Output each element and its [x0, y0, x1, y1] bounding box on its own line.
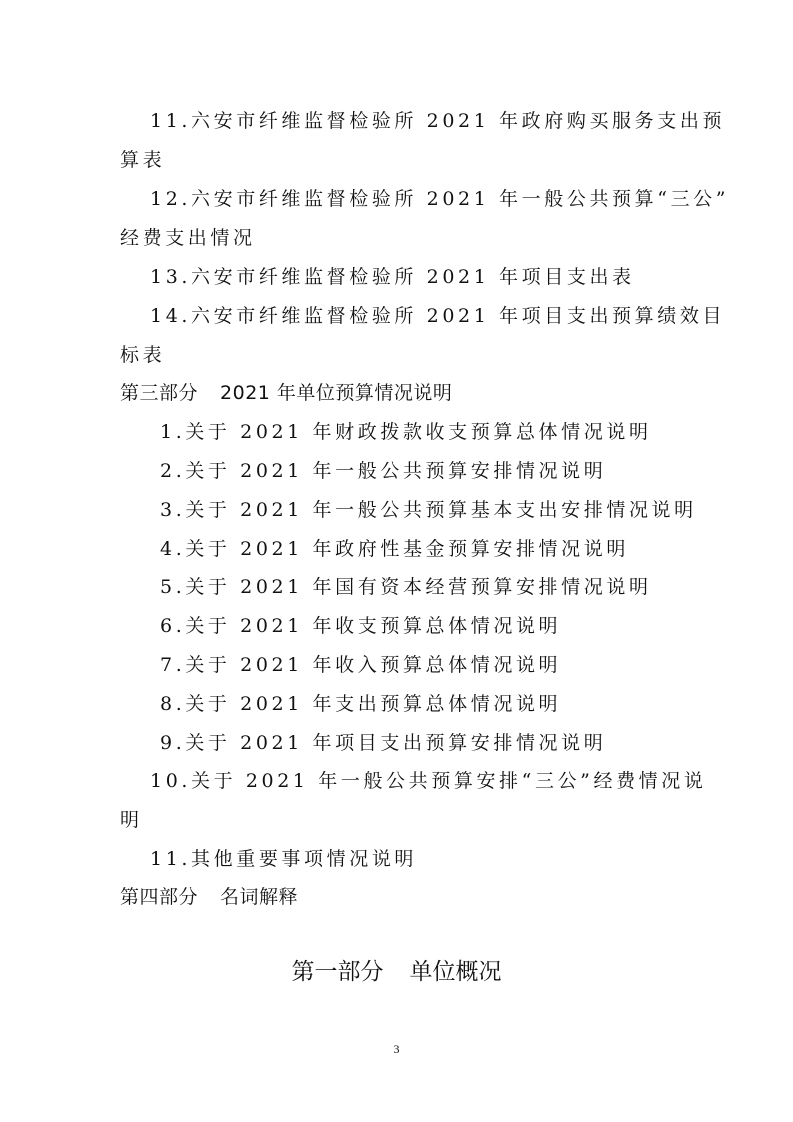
- toc-item-3-3: 3.关于 2021 年一般公共预算基本支出安排情况说明: [160, 498, 715, 522]
- part3-heading: 第三部分2021 年单位预算情况说明: [120, 381, 452, 405]
- toc-item-3-10: 10.关于 2021 年一般公共预算安排“三公”经费情况说: [150, 769, 705, 793]
- toc-item-3-8: 8.关于 2021 年支出预算总体情况说明: [160, 692, 715, 716]
- toc-item-3-10-continued: 明: [120, 808, 675, 832]
- section-title-prefix: 第一部分: [292, 959, 384, 985]
- toc-item-3-4: 4.关于 2021 年政府性基金预算安排情况说明: [160, 537, 715, 561]
- toc-item-3-6: 6.关于 2021 年收支预算总体情况说明: [160, 614, 715, 638]
- toc-item-2-12: 12.六安市纤维监督检验所 2021 年一般公共预算“三公”: [150, 187, 705, 211]
- toc-item-3-5: 5.关于 2021 年国有资本经营预算安排情况说明: [160, 575, 715, 599]
- part3-heading-prefix: 第三部分: [120, 382, 198, 404]
- section-title: 第一部分单位概况: [0, 957, 793, 987]
- toc-item-2-11: 11.六安市纤维监督检验所 2021 年政府购买服务支出预: [150, 109, 705, 133]
- toc-item-3-1: 1.关于 2021 年财政拨款收支预算总体情况说明: [160, 420, 715, 444]
- part3-heading-title: 2021 年单位预算情况说明: [220, 382, 452, 404]
- toc-item-3-9: 9.关于 2021 年项目支出预算安排情况说明: [160, 731, 715, 755]
- toc-item-3-2: 2.关于 2021 年一般公共预算安排情况说明: [160, 459, 715, 483]
- page-number: 3: [0, 1042, 793, 1056]
- toc-item-2-12-continued: 经费支出情况: [120, 226, 675, 250]
- part4-heading-prefix: 第四部分: [120, 886, 198, 908]
- section-title-text: 单位概况: [410, 959, 502, 985]
- document-page: 11.六安市纤维监督检验所 2021 年政府购买服务支出预 算表 12.六安市纤…: [0, 0, 793, 1122]
- toc-item-2-11-continued: 算表: [120, 148, 675, 172]
- toc-item-3-7: 7.关于 2021 年收入预算总体情况说明: [160, 653, 715, 677]
- toc-item-2-14: 14.六安市纤维监督检验所 2021 年项目支出预算绩效目: [150, 304, 705, 328]
- toc-item-2-14-continued: 标表: [120, 343, 675, 367]
- part4-heading: 第四部分名词解释: [120, 885, 298, 909]
- toc-item-3-11: 11.其他重要事项情况说明: [150, 847, 705, 871]
- part4-heading-title: 名词解释: [220, 886, 298, 908]
- toc-item-2-13: 13.六安市纤维监督检验所 2021 年项目支出表: [150, 265, 705, 289]
